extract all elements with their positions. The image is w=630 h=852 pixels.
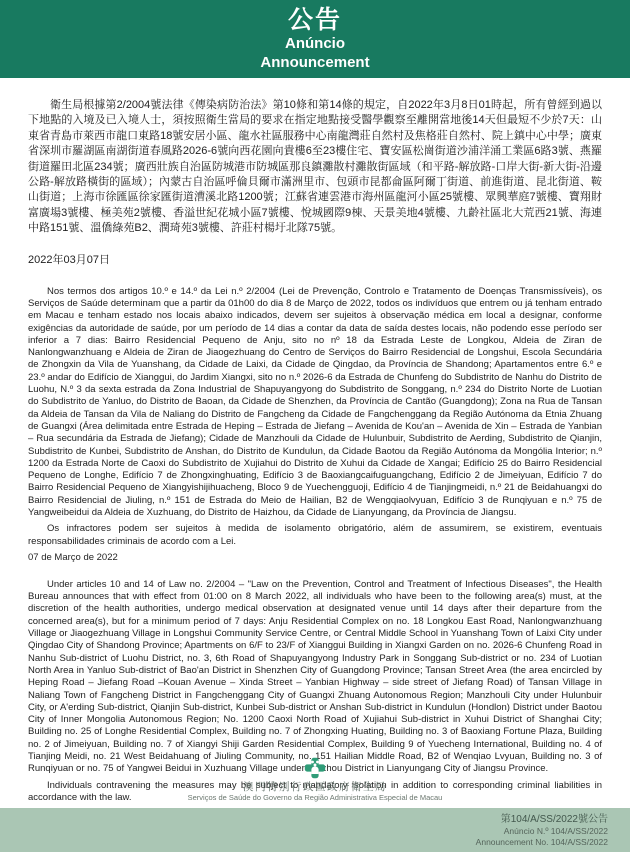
chinese-paragraph: 衛生局根據第2/2004號法律《傳染病防治法》第10條和第14條的規定，自202… <box>28 98 602 237</box>
title-pt: Anúncio <box>0 35 630 53</box>
document-body: 衛生局根據第2/2004號法律《傳染病防治法》第10條和第14條的規定，自202… <box>0 78 630 830</box>
title-en: Announcement <box>0 54 630 72</box>
header-banner: 公告 Anúncio Announcement <box>0 0 630 78</box>
portuguese-date: 07 de Março de 2022 <box>28 552 602 563</box>
chinese-date: 2022年03月07日 <box>28 251 602 267</box>
portuguese-paragraph-1: Nos termos dos artigos 10.º e 14.º da Le… <box>28 286 602 520</box>
doc-number-zh: 第104/A/SS/2022號公告 <box>0 814 608 826</box>
doc-number-en: Announcement No. 104/A/SS/2022 <box>0 837 608 848</box>
footer-identity: 澳門特別行政區政府衛生局 Serviços de Saúde do Govern… <box>0 756 630 808</box>
health-bureau-logo-icon <box>303 756 327 780</box>
org-name-pt: Serviços de Saúde do Governo da Região A… <box>0 793 630 802</box>
org-name-zh: 澳門特別行政區政府衛生局 <box>0 781 630 793</box>
english-paragraph-1: Under articles 10 and 14 of Law no. 2/20… <box>28 579 602 776</box>
announcement-page: 公告 Anúncio Announcement 衛生局根據第2/2004號法律《… <box>0 0 630 852</box>
footer-bar: 第104/A/SS/2022號公告 Anúncio N.º 104/A/SS/2… <box>0 808 630 852</box>
title-zh: 公告 <box>0 6 630 35</box>
portuguese-paragraph-2: Os infractores podem ser sujeitos à medi… <box>28 523 602 548</box>
doc-number-pt: Anúncio N.º 104/A/SS/2022 <box>0 826 608 837</box>
